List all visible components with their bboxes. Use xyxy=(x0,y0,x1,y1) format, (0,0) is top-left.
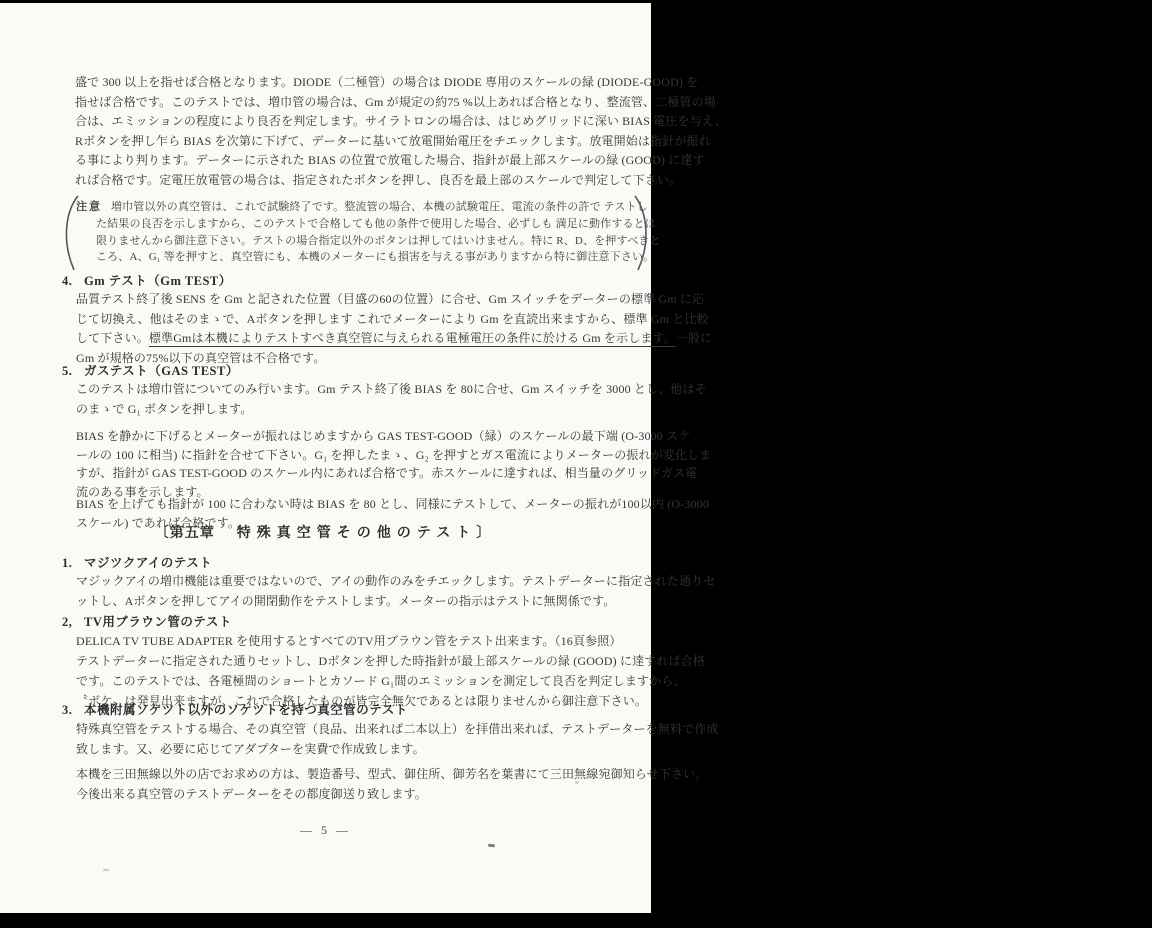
note-bracket-left-icon xyxy=(60,194,80,272)
scan-artifact xyxy=(488,844,495,848)
section-3-paragraph-1: 特殊真空管をテストする場合、その真空管（良品、出来れば二本以上）を拝借出来れば、… xyxy=(76,719,651,759)
body-line: BIAS を静かに下げるとメーターが振れはじめますから GAS TEST-GOO… xyxy=(76,427,651,446)
intro-line: 合は、エミッションの程度により良否を判定します。サイラトロンの場合は、はじめグリ… xyxy=(75,112,651,132)
page-content: 盛で 300 以上を指せば合格となります。DIODE（二極管）の場合は DIOD… xyxy=(0,3,651,913)
section-1-title: マジツクアイのテスト xyxy=(84,556,212,570)
section-1-number: 1. xyxy=(62,556,76,571)
section-5-number: 5. xyxy=(62,364,76,379)
body-line: BIAS を上げても指針が 100 に合わない時は BIAS を 80 とし、同… xyxy=(76,495,651,514)
note-line: 注意増巾管以外の真空管は、これで試験終了です。整流管の場合、本機の試験電圧、電流… xyxy=(76,199,636,216)
page-number: — 5 — xyxy=(0,823,651,838)
scan-artifact xyxy=(103,869,109,871)
section-2-title: TV用ブラウン管のテスト xyxy=(84,615,232,629)
body-line: このテストは増巾管についてのみ行います。Gm テスト終了後 BIAS を 80に… xyxy=(76,380,651,400)
intro-line: 指せば合格です。このテストでは、増巾管の場合は、Gm が規定の約75 %以上あれ… xyxy=(75,93,651,113)
note-bracket-right-icon xyxy=(632,194,652,272)
section-2-number: 2, xyxy=(62,615,76,630)
section-5-paragraph-2: BIAS を静かに下げるとメーターが振れはじめますから GAS TEST-GOO… xyxy=(76,427,651,501)
section-4-number: 4. xyxy=(62,274,76,289)
caution-note-box: 注意増巾管以外の真空管は、これで試験終了です。整流管の場合、本機の試験電圧、電流… xyxy=(76,199,636,266)
scanned-manual-page: 盛で 300 以上を指せば合格となります。DIODE（二極管）の場合は DIOD… xyxy=(0,3,651,913)
body-line: 特殊真空管をテストする場合、その真空管（良品、出来れば二本以上）を拝借出来れば、… xyxy=(76,719,651,739)
intro-line: る事により判ります。データーに示された BIAS の位置で放電した場合、指針が最… xyxy=(75,151,651,171)
body-line: 品質テスト終了後 SENS を Gm と記された位置（目盛の60の位置）に合せ、… xyxy=(76,290,651,310)
section-5-heading: 5.ガステスト（GAS TEST） xyxy=(62,361,648,379)
body-line: のまゝで G₁ ボタンを押します。 xyxy=(76,400,651,420)
intro-line: 盛で 300 以上を指せば合格となります。DIODE（二極管）の場合は DIOD… xyxy=(75,73,651,93)
chapter-title: 特殊真空管その他のテスト〕 xyxy=(237,526,496,541)
section-4-body: 品質テスト終了後 SENS を Gm と記された位置（目盛の60の位置）に合せ、… xyxy=(76,290,651,368)
body-line: テストデーターに指定された通りセットし、Dボタンを押した時指針が最上部スケールの… xyxy=(76,651,651,671)
body-line: じて切換え、他はそのまゝで、Aボタンを押します これでメーターにより Gm を直… xyxy=(76,310,651,330)
section-4-title: Gm テスト（Gm TEST） xyxy=(84,274,232,288)
chapter-number: 〔第五章 xyxy=(155,526,215,541)
section-3-heading: 3.本機附属ソケツト以外のソケツトを持つ真空管のテスト xyxy=(62,700,648,718)
chapter-heading: 〔第五章特殊真空管その他のテスト〕 xyxy=(0,522,651,542)
note-text: 増巾管以外の真空管は、これで試験終了です。整流管の場合、本機の試験電圧、電流の条… xyxy=(111,201,648,213)
section-3-paragraph-2: 本機を三田無線以外の店でお求めの方は、製造番号、型式、御住所、御芳名を葉書にて三… xyxy=(76,764,651,804)
body-line: マジックアイの増巾機能は重要ではないので、アイの動作のみをチエックします。テスト… xyxy=(76,572,651,592)
section-2-body: DELICA TV TUBE ADAPTER を使用するとすべてのTV用ブラウン… xyxy=(76,631,651,711)
body-line: すが、指針が GAS TEST-GOOD のスケール内にあれば合格です。赤スケー… xyxy=(76,464,651,483)
note-line: た結果の良否を示しますから、このテストで合格しても他の条件で使用した場合、必ずし… xyxy=(96,216,636,233)
body-line: 本機を三田無線以外の店でお求めの方は、製造番号、型式、御住所、御芳名を葉書にて三… xyxy=(76,764,651,784)
body-line: 今後出来る真空管のテストデーターをその都度御送り致します。 xyxy=(76,784,651,804)
body-line: 致します。又、必要に応じてアダプターを実費で作成致します。 xyxy=(76,739,651,759)
body-line: DELICA TV TUBE ADAPTER を使用するとすべてのTV用ブラウン… xyxy=(76,631,651,651)
section-1-body: マジックアイの増巾機能は重要ではないので、アイの動作のみをチエックします。テスト… xyxy=(76,572,651,611)
body-text-segment: して下さい。 xyxy=(76,331,149,345)
body-line: して下さい。標準Gmは本機によりテストすべき真空管に与えられる電極電圧の条件に於… xyxy=(76,329,651,349)
section-2-heading: 2,TV用ブラウン管のテスト xyxy=(62,612,648,630)
body-text-segment: 一般に xyxy=(676,331,712,345)
body-line: ットし、Aボタンを押してアイの開閉動作をテストします。メーターの指示はテストに無… xyxy=(76,592,651,612)
section-1-heading: 1.マジツクアイのテスト xyxy=(62,553,648,571)
underlined-sentence: 標準Gmは本機によりテストすべき真空管に与えられる電極電圧の条件に於ける Gm … xyxy=(149,331,676,347)
note-line: ころ、A、G₁ 等を押すと、真空管にも、本機のメーターにも損害を与える事がありま… xyxy=(96,249,636,266)
note-line: 限りませんから御注意下さい。テストの場合指定以外のボタンは押してはいけません。特… xyxy=(96,233,636,250)
intro-paragraph: 盛で 300 以上を指せば合格となります。DIODE（二極管）の場合は DIOD… xyxy=(75,73,651,190)
section-5-title: ガステスト（GAS TEST） xyxy=(84,364,239,378)
section-4-heading: 4.Gm テスト（Gm TEST） xyxy=(62,271,648,289)
section-3-number: 3. xyxy=(62,703,76,718)
section-5-paragraph-1: このテストは増巾管についてのみ行います。Gm テスト終了後 BIAS を 80に… xyxy=(76,380,651,419)
intro-line: れば合格です。定電圧放電管の場合は、指定されたボタンを押し、良否を最上部のスケー… xyxy=(75,171,651,191)
section-3-title: 本機附属ソケツト以外のソケツトを持つ真空管のテスト xyxy=(84,703,408,717)
body-line: です。このテストでは、各電極間のショートとカソード G₁間のエミッションを測定し… xyxy=(76,671,651,691)
body-line: ールの 100 に相当) に指針を合せて下さい。G₁ を押したまゝ、G₂ を押す… xyxy=(76,446,651,465)
scan-artifact xyxy=(575,781,579,784)
intro-line: Rボタンを押し乍ら BIAS を次第に下げて、データーに基いて放電開始電圧をチエ… xyxy=(75,132,651,152)
